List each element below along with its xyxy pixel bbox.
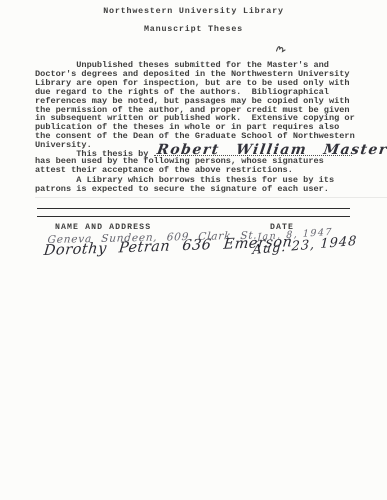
library-notice-paragraph: A Library which borrows this thesis for … [35,176,334,195]
signature-table-row: Dorothy Petran 636 Emerson Aug. 23, 1948 [0,241,387,265]
check-scribble-icon [274,42,288,56]
table-second-rule [37,216,350,217]
document-title: Northwestern University Library [0,6,387,16]
scanned-form-page: Northwestern University Library Manuscri… [0,0,387,500]
faint-divider-rule [35,197,387,198]
document-subtitle: Manuscript Theses [0,24,387,34]
acceptance-continuation: has been used by the following persons, … [35,157,324,176]
table-top-rule [37,208,350,209]
restrictions-paragraph: Unpublished theses submitted for the Mas… [35,61,355,150]
author-signature-line: Robert William Masters [154,146,352,156]
